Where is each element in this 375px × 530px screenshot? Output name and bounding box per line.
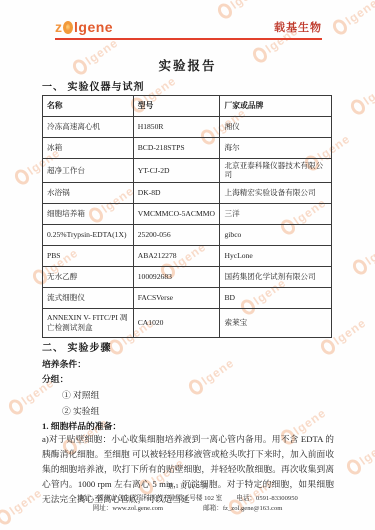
cell-model: FACSVerse [133, 287, 220, 308]
footer-email: 邮箱：fz_zol.gene@163.com [203, 505, 282, 512]
cell-brand: 国药集团化学试剂有限公司 [220, 266, 332, 287]
watermark-text: lgene [363, 236, 375, 268]
watermark-text: lgene [331, 316, 369, 348]
cell-brand: 上海精宏实验设备有限公司 [220, 182, 332, 203]
watermark-ring-icon [350, 257, 370, 278]
watermark-text: lgene [357, 436, 375, 468]
watermark-logo: lgene [350, 235, 375, 278]
cell-model: CA1020 [133, 308, 220, 337]
section-1-heading: 一、 实验仪器与试剂 [42, 78, 145, 93]
watermark-text: lgene [343, 0, 375, 28]
watermark-text: lgene [228, 0, 266, 12]
watermark-ring-icon [12, 167, 32, 188]
footer-line-1: 地址：福州市仓山区瑞科医药产业园 8 号楼 102 室电话：0591-83300… [0, 494, 375, 504]
watermark-text: lgene [361, 76, 375, 108]
table-row: 冷冻高速离心机 H1850R 湘仪 [43, 117, 332, 138]
cell-brand: 索莱宝 [220, 308, 332, 337]
cell-name: 冰箱 [43, 138, 134, 159]
page-footer: 地址：福州市仓山区瑞科医药产业园 8 号楼 102 室电话：0591-83300… [0, 494, 375, 514]
footer-phone: 电话：0591-83300950 [236, 495, 298, 502]
page-header: z lgene 载基生物 [55, 14, 322, 40]
watermark-logo: lgene [186, 355, 237, 398]
watermark-logo: lgene [330, 0, 375, 37]
watermark-logo: lgene [348, 75, 375, 118]
cell-name: 冷冻高速离心机 [43, 117, 134, 138]
table-row: ANNEXIN V- FITC/PI 凋亡检测试剂盒 CA1020 索莱宝 [43, 308, 332, 337]
cell-name: PBS [43, 245, 134, 266]
cell-name: 水浴锅 [43, 182, 134, 203]
cell-brand: gibco [220, 224, 332, 245]
cell-model: BCD-218STPS [133, 138, 220, 159]
table-header-row: 名称 型号 厂家或品牌 [43, 96, 332, 117]
cell-model: YT-CJ-2D [133, 159, 220, 183]
document-title: 实验报告 [0, 56, 375, 74]
table-row: 超净工作台 YT-CJ-2D 北京亚泰科隆仪器技术有限公司 [43, 159, 332, 183]
table-row: 0.25%Trypsin-EDTA(1X) 25200-056 gibco [43, 224, 332, 245]
group-item-control: ① 对照组 [62, 388, 99, 401]
table-row: 细胞培养箱 VMCMMCO-5ACMMO 三洋 [43, 203, 332, 224]
cell-model: H1850R [133, 117, 220, 138]
step-1-heading: 1. 细胞样品的准备： [42, 419, 121, 432]
watermark-ring-icon [318, 337, 338, 358]
watermark-text: lgene [199, 356, 237, 388]
column-header-name: 名称 [43, 96, 134, 117]
watermark-ring-icon [344, 457, 364, 478]
table-row: 水浴锅 DK-8D 上海精宏实验设备有限公司 [43, 182, 332, 203]
cell-name: 流式细胞仪 [43, 287, 134, 308]
cell-brand: 北京亚泰科隆仪器技术有限公司 [220, 159, 332, 183]
watermark-ring-icon [6, 397, 26, 418]
cell-brand: 海尔 [220, 138, 332, 159]
cell-model: ABA212278 [133, 245, 220, 266]
grouping-label: 分组： [42, 372, 68, 385]
cell-brand: HycLone [220, 245, 332, 266]
watermark-logo: lgene [344, 435, 375, 478]
table-row: 冰箱 BCD-218STPS 海尔 [43, 138, 332, 159]
watermark-ring-icon [330, 17, 350, 38]
cell-name: 0.25%Trypsin-EDTA(1X) [43, 224, 134, 245]
column-header-model: 型号 [133, 96, 220, 117]
company-name: 载基生物 [274, 19, 322, 35]
cell-name: 细胞培养箱 [43, 203, 134, 224]
table-row: 无水乙醇 100092683 国药集团化学试剂有限公司 [43, 266, 332, 287]
cell-model: 100092683 [133, 266, 220, 287]
group-item-experiment: ② 实验组 [62, 404, 99, 417]
page-number: 第 1 页 共 3 页 [0, 481, 375, 490]
cell-model: DK-8D [133, 182, 220, 203]
cell-brand: 三洋 [220, 203, 332, 224]
cell-model: VMCMMCO-5ACMMO [133, 203, 220, 224]
section-2-heading: 二、 实验步骤 [42, 339, 112, 354]
cell-name: ANNEXIN V- FITC/PI 凋亡检测试剂盒 [43, 308, 134, 337]
cell-name: 超净工作台 [43, 159, 134, 183]
header-divider [55, 38, 322, 40]
zoigene-logo: z lgene [55, 19, 113, 35]
cell-name: 无水乙醇 [43, 266, 134, 287]
footer-website: 网址：www.zol.gene.com [93, 505, 163, 512]
report-page: lgenelgenelgenelgenelgenelgenelgenelgene… [0, 0, 375, 530]
column-header-brand: 厂家或品牌 [220, 96, 332, 117]
cell-brand: BD [220, 287, 332, 308]
table-row: PBS ABA212278 HycLone [43, 245, 332, 266]
watermark-ring-icon [186, 377, 206, 398]
logo-text: lgene [74, 19, 113, 35]
logo-letter-z: z [55, 19, 62, 35]
table-row: 流式细胞仪 FACSVerse BD [43, 287, 332, 308]
culture-conditions-label: 培养条件： [42, 357, 86, 370]
watermark-ring-icon [348, 97, 368, 118]
cell-brand: 湘仪 [220, 117, 332, 138]
footer-address: 地址：福州市仓山区瑞科医药产业园 8 号楼 102 室 [77, 495, 222, 502]
footer-line-2: 网址：www.zol.gene.com邮箱：fz_zol.gene@163.co… [0, 504, 375, 514]
cell-model: 25200-056 [133, 224, 220, 245]
logo-ring-icon [63, 21, 73, 34]
reagent-table: 名称 型号 厂家或品牌 冷冻高速离心机 H1850R 湘仪 冰箱 BCD-218… [42, 95, 332, 338]
